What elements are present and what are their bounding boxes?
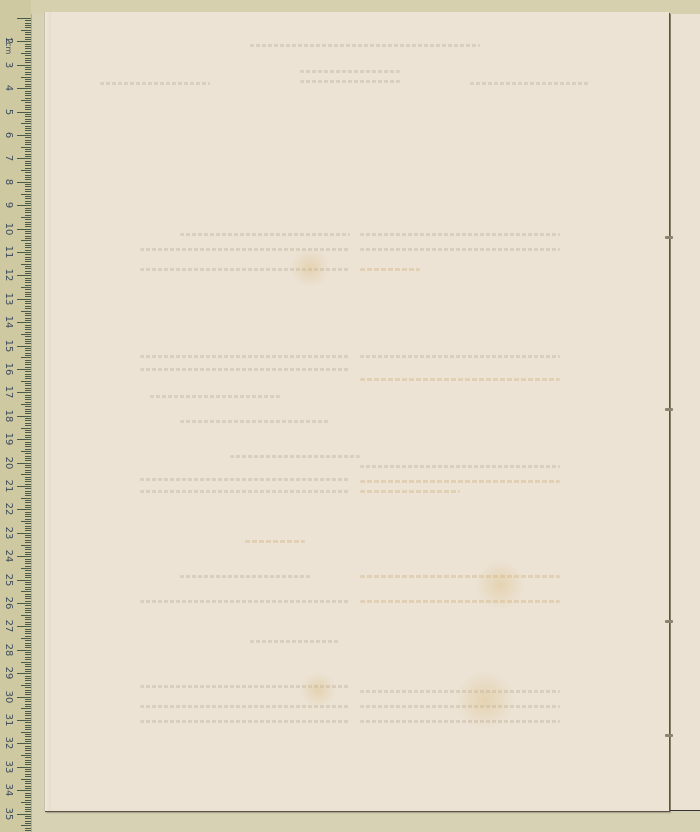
ruler-tick [21,428,31,429]
ruler-tick [25,364,31,365]
ruler-number: 16 [3,361,13,377]
ruler-tick [21,147,31,148]
ruler-tick [25,409,31,410]
ruler-tick [25,67,31,68]
faded-text-line [140,720,350,723]
ruler-tick [25,149,31,150]
ruler-tick [25,671,31,672]
ruler-tick [17,603,31,604]
ruler-tick [25,582,31,583]
faded-text-line [360,720,560,723]
ruler-tick [25,739,31,740]
ruler-tick [17,626,31,627]
ruler-tick [25,640,31,641]
ruler-tick [25,669,31,670]
ruler-tick [25,308,31,309]
ruler-tick [21,30,31,31]
ruler-tick [17,439,31,440]
ruler-tick [25,198,31,199]
ruler-tick [21,685,31,686]
ruler-tick [25,81,31,82]
ruler-tick [21,404,31,405]
ruler-tick [25,715,31,716]
ruler-tick [25,418,31,419]
page-left-edge [44,12,51,811]
ruler-tick [25,93,31,94]
ruler-tick [25,329,31,330]
ruler-tick [25,303,31,304]
ruler-tick [25,605,31,606]
faded-text-line [360,575,560,578]
ruler-tick [25,231,31,232]
ruler-tick [25,552,31,553]
ruler-tick [25,385,31,386]
ruler-tick [17,18,31,19]
ruler-tick [25,587,31,588]
ruler-tick [25,753,31,754]
ruler-tick [25,102,31,103]
ruler-tick [25,219,31,220]
ruler-tick [25,119,31,120]
ruler-tick [25,208,31,209]
ruler-tick [25,250,31,251]
ruler-tick [25,268,31,269]
ruler-tick [25,666,31,667]
ruler-tick [25,774,31,775]
ruler-tick [25,254,31,255]
ruler-tick [25,203,31,204]
ruler-tick [25,172,31,173]
ruler-tick [25,458,31,459]
ruler-tick [25,795,31,796]
ruler-tick [25,472,31,473]
ruler-number: 17 [3,384,13,400]
faded-text-line [230,455,360,458]
ruler-tick [25,348,31,349]
foxing-stain [475,560,525,610]
ruler-tick [21,123,31,124]
ruler-number: 34 [3,782,13,798]
ruler-tick [21,568,31,569]
faded-text-line [360,378,560,381]
ruler-tick [25,20,31,21]
ruler-tick [25,456,31,457]
ruler-tick [25,554,31,555]
ruler-tick [25,757,31,758]
ruler-tick [25,535,31,536]
ruler-tick [25,233,31,234]
ruler-tick [17,463,31,464]
ruler-number: 22 [3,501,13,517]
faded-text-line [360,355,560,358]
ruler-tick [21,591,31,592]
ruler-tick [25,786,31,787]
ruler-tick [21,357,31,358]
adjacent-page-edge [670,14,700,810]
ruler-number: 26 [3,595,13,611]
ruler-tick [17,392,31,393]
ruler-tick [25,168,31,169]
ruler-tick [25,79,31,80]
ruler-tick [25,259,31,260]
ruler-tick [25,27,31,28]
ruler-tick [25,493,31,494]
ruler-tick [25,186,31,187]
ruler-tick [21,217,31,218]
ruler-tick [21,779,31,780]
ruler-tick [25,636,31,637]
ruler-tick [25,643,31,644]
ruler-tick [25,282,31,283]
ruler-tick [25,608,31,609]
ruler-tick [25,336,31,337]
binding-stitch [665,236,673,239]
ruler-number: 15 [3,338,13,354]
ruler-tick [25,137,31,138]
ruler-tick [25,528,31,529]
ruler-tick [25,116,31,117]
ruler-tick [17,369,31,370]
ruler-tick [25,502,31,503]
ruler-tick [25,121,31,122]
ruler-tick [25,109,31,110]
ruler-tick [25,353,31,354]
ruler-tick [25,699,31,700]
ruler-tick [25,764,31,765]
ruler-tick [25,769,31,770]
ruler-tick [25,247,31,248]
ruler-tick [25,645,31,646]
ruler-tick [25,177,31,178]
faded-text-line [140,368,350,371]
ruler-tick [25,561,31,562]
ruler-tick [25,519,31,520]
ruler-number: 21 [3,478,13,494]
ruler-tick [25,425,31,426]
faded-text-line [250,640,340,643]
ruler-tick [25,320,31,321]
ruler-tick [21,451,31,452]
ruler-tick [25,313,31,314]
ruler-tick [25,144,31,145]
ruler-number: 31 [3,712,13,728]
ruler-tick [25,793,31,794]
ruler-tick [25,610,31,611]
ruler-tick [25,86,31,87]
ruler-tick [25,654,31,655]
ruler-tick [25,683,31,684]
ruler-tick [25,58,31,59]
ruler-tick [25,142,31,143]
ruler-tick [25,435,31,436]
ruler-tick [25,727,31,728]
ruler-tick [25,725,31,726]
ruler-tick [25,746,31,747]
ruler-tick [25,325,31,326]
ruler-tick [25,577,31,578]
ruler-number: 4 [3,80,13,96]
ruler-number: 24 [3,548,13,564]
ruler-tick [17,673,31,674]
ruler-tick [25,62,31,63]
ruler-tick [17,486,31,487]
ruler-tick [25,236,31,237]
ruler-tick [25,355,31,356]
ruler-tick [25,383,31,384]
ruler-tick [25,105,31,106]
ruler-tick [25,60,31,61]
ruler-tick [25,306,31,307]
ruler-tick [25,622,31,623]
ruler-tick [25,706,31,707]
ruler-tick [25,224,31,225]
ruler-tick [25,301,31,302]
ruler-tick [25,781,31,782]
ruler-number: 2 [3,33,13,49]
ruler-tick [17,509,31,510]
ruler-tick [25,800,31,801]
ruler-tick [25,823,31,824]
foxing-stain [300,672,336,708]
ruler-tick [25,537,31,538]
ruler-tick [25,332,31,333]
ruler-tick [25,512,31,513]
ruler-tick [25,807,31,808]
ruler-tick [25,631,31,632]
ruler-tick [25,165,31,166]
ruler-tick [25,488,31,489]
ruler-tick [21,381,31,382]
ruler-tick [25,617,31,618]
ruler-tick [17,767,31,768]
ruler-tick [25,542,31,543]
ruler-tick [25,811,31,812]
ruler-tick [25,243,31,244]
ruler-tick [25,285,31,286]
ruler-tick [25,741,31,742]
ruler-tick [25,442,31,443]
ruler-tick [25,378,31,379]
ruler-tick [25,23,31,24]
ruler-tick [25,371,31,372]
ruler-tick [25,406,31,407]
ruler-tick [21,474,31,475]
ruler-tick [25,39,31,40]
ruler-tick [25,179,31,180]
ruler-tick [17,720,31,721]
ruler-tick [25,402,31,403]
faded-text-line [140,600,350,603]
ruler-tick [25,184,31,185]
ruler-tick [25,212,31,213]
ruler-tick [25,465,31,466]
ruler-tick [25,292,31,293]
ruler-tick [25,598,31,599]
ruler-tick [25,453,31,454]
ruler-tick [21,545,31,546]
ruler-tick [25,559,31,560]
ruler-tick [25,74,31,75]
ruler-tick [25,294,31,295]
ruler-tick [25,350,31,351]
ruler-tick [25,633,31,634]
ruler-tick [21,662,31,663]
ruler-tick [21,732,31,733]
ruler-tick [25,678,31,679]
ruler-tick [17,533,31,534]
ruler-number: 11 [3,244,13,260]
ruler-tick [25,140,31,141]
ruler-tick [25,201,31,202]
ruler-tick [25,652,31,653]
ruler-tick [25,91,31,92]
ruler-tick [25,55,31,56]
faded-text-line [140,478,350,481]
ruler-tick [25,596,31,597]
ruler-tick [25,788,31,789]
ruler-tick [21,755,31,756]
ruler-tick [25,526,31,527]
ruler-tick [17,814,31,815]
ruler-tick [25,495,31,496]
ruler-number: 12 [3,267,13,283]
ruler-tick [25,704,31,705]
ruler-tick [25,563,31,564]
ruler-tick [25,257,31,258]
ruler-tick [25,37,31,38]
scanned-page [44,12,669,811]
ruler-tick [17,112,31,113]
ruler-tick [25,32,31,33]
ruler-tick [25,760,31,761]
ruler-tick [25,797,31,798]
ruler-tick [25,584,31,585]
ruler-tick [25,444,31,445]
ruler-tick [17,416,31,417]
ruler-number: 8 [3,174,13,190]
ruler-tick [25,151,31,152]
ruler-tick [17,275,31,276]
ruler-tick [25,126,31,127]
ruler-tick [25,507,31,508]
ruler-tick [25,175,31,176]
ruler-tick [25,133,31,134]
ruler-tick [25,481,31,482]
ruler-tick [25,280,31,281]
faded-text-line [360,233,560,236]
ruler-tick [25,423,31,424]
faded-text-line [360,480,560,483]
ruler-tick [25,296,31,297]
ruler-tick [25,25,31,26]
ruler-tick [25,388,31,389]
ruler-tick [25,95,31,96]
ruler-number: 30 [3,689,13,705]
ruler-tick [25,467,31,468]
ruler-tick [25,736,31,737]
ruler-number: 7 [3,150,13,166]
ruler-tick [25,771,31,772]
ruler-tick [21,100,31,101]
ruler-tick [25,367,31,368]
ruler-tick [25,619,31,620]
ruler-tick [25,226,31,227]
ruler-tick [17,135,31,136]
ruler-tick [25,341,31,342]
ruler-tick [21,638,31,639]
ruler-tick [25,470,31,471]
ruler-tick [25,500,31,501]
ruler-tick [25,722,31,723]
measuring-ruler: 1cm 234567891011121314151617181920212223… [0,0,32,832]
ruler-tick [25,420,31,421]
ruler-tick [17,346,31,347]
ruler-tick [25,399,31,400]
ruler-number: 29 [3,665,13,681]
ruler-tick [21,334,31,335]
ruler-tick [25,516,31,517]
ruler-tick [25,339,31,340]
ruler-tick [17,41,31,42]
ruler-tick [17,322,31,323]
ruler-number: 10 [3,221,13,237]
ruler-number: 18 [3,408,13,424]
ruler-tick [25,261,31,262]
ruler-tick [25,437,31,438]
ruler-tick [17,697,31,698]
ruler-tick [25,360,31,361]
ruler-tick [25,161,31,162]
ruler-tick [25,566,31,567]
ruler-tick [25,215,31,216]
ruler-tick [21,521,31,522]
ruler-tick [25,692,31,693]
ruler-tick [25,530,31,531]
binding-stitch [665,408,673,411]
faded-text-line [300,70,400,73]
faded-text-line [250,44,480,47]
ruler-tick [25,809,31,810]
ruler-tick [25,191,31,192]
ruler-tick [25,390,31,391]
faded-text-line [180,575,310,578]
ruler-tick [25,315,31,316]
ruler-tick [17,158,31,159]
ruler-tick [25,449,31,450]
ruler-tick [17,229,31,230]
ruler-tick [25,477,31,478]
ruler-tick [25,362,31,363]
ruler-number: 14 [3,314,13,330]
faded-text-line [360,490,460,493]
ruler-tick [25,51,31,52]
ruler-tick [17,88,31,89]
ruler-number: 27 [3,618,13,634]
faded-text-line [360,600,560,603]
ruler-tick [25,210,31,211]
ruler-tick [25,128,31,129]
ruler-tick [25,48,31,49]
ruler-tick [25,44,31,45]
faded-text-line [300,80,400,83]
ruler-tick [25,547,31,548]
ruler-tick [25,680,31,681]
ruler-tick [25,549,31,550]
foxing-stain [455,670,515,730]
ruler-tick [25,413,31,414]
ruler-number: 25 [3,572,13,588]
ruler-tick [25,289,31,290]
